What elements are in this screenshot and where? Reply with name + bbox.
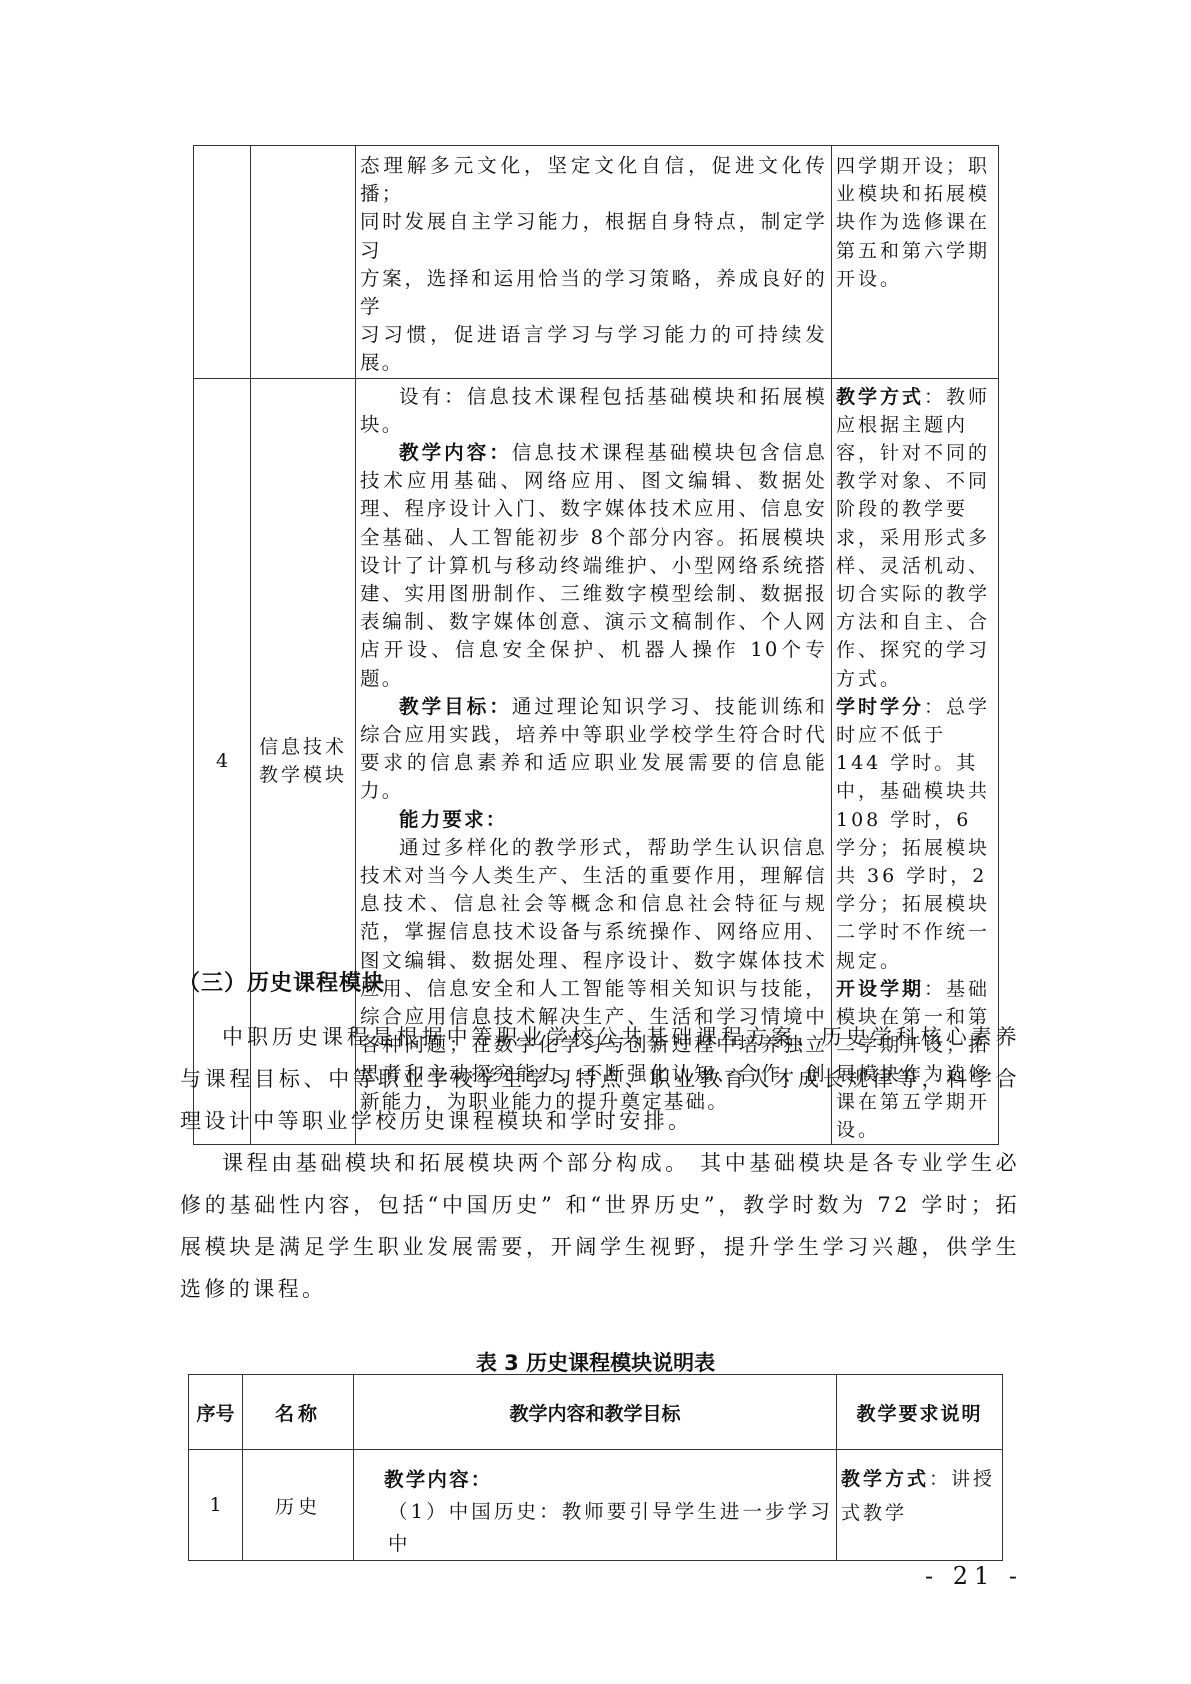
setup-text: 设有：信息技术课程包括基础模块和拓展模块。 <box>360 383 827 439</box>
table-row: 态理解多元文化，坚定文化自信，促进文化传播； 同时发展自主学习能力，根据自身特点… <box>194 146 999 379</box>
paragraph-intro: 中职历史课程是根据中等职业学校公共基础课程方案、历史学科核心素养与课程目标、中等… <box>180 1016 1020 1142</box>
header-index: 序号 <box>189 1375 243 1450</box>
table-caption: 表 3 历史课程模块说明表 <box>0 1347 1191 1377</box>
goal-label: 教学目标： <box>399 695 512 718</box>
content-line: （1）中国历史：教师要引导学生进一步学习中 <box>388 1496 832 1560</box>
ability-label: 能力要求： <box>360 806 827 834</box>
content-line: 习习惯，促进语言学习与学习能力的可持续发展。 <box>360 321 827 377</box>
page-number: - 21 - <box>925 1562 1023 1590</box>
requirements-text: 四学期开设；职业模块和拓展模块作为选修课在第五和第六学期开设。 <box>832 146 998 293</box>
header-requirements: 教学要求说明 <box>837 1375 1003 1450</box>
content-label: 教学内容： <box>384 1464 832 1496</box>
name-cell: 历史 <box>243 1450 354 1561</box>
requirements-cell: 四学期开设；职业模块和拓展模块作为选修课在第五和第六学期开设。 <box>832 146 999 379</box>
content-cell: 教学内容： （1）中国历史：教师要引导学生进一步学习中 <box>354 1450 837 1561</box>
requirements-cell: 教学方式：讲授式教学 <box>837 1450 1003 1561</box>
content-text: 信息技术课程基础模块包含信息技术应用基础、网络应用、图文编辑、数据处理、程序设计… <box>360 441 827 690</box>
header-content: 教学内容和教学目标 <box>354 1375 837 1450</box>
method-label: 教学方式 <box>836 386 924 408</box>
name-cell <box>251 146 356 379</box>
content-label: 教学内容： <box>399 441 512 464</box>
table-header-row: 序号 名称 教学内容和教学目标 教学要求说明 <box>189 1375 1003 1450</box>
index-cell <box>194 146 251 379</box>
content-line: 态理解多元文化，坚定文化自信，促进文化传播； <box>360 152 827 208</box>
table-row: 1 历史 教学内容： （1）中国历史：教师要引导学生进一步学习中 教学方式：讲授… <box>189 1450 1003 1561</box>
content-line: 方案，选择和运用恰当的学习策略，养成良好的学 <box>360 265 827 321</box>
term-label: 开设学期 <box>836 978 924 1000</box>
paragraph-structure: 课程由基础模块和拓展模块两个部分构成。 其中基础模块是各专业学生必修的基础性内容… <box>180 1142 1020 1310</box>
header-name: 名称 <box>243 1375 354 1450</box>
section-heading: （三）历史课程模块 <box>178 966 385 997</box>
index-cell: 1 <box>189 1450 243 1561</box>
history-module-table: 序号 名称 教学内容和教学目标 教学要求说明 1 历史 教学内容： （1）中国历… <box>188 1374 1003 1561</box>
hours-label: 学时学分 <box>836 696 924 718</box>
content-cell: 态理解多元文化，坚定文化自信，促进文化传播； 同时发展自主学习能力，根据自身特点… <box>356 146 832 379</box>
method-label: 教学方式 <box>841 1468 929 1490</box>
content-line: 同时发展自主学习能力，根据自身特点，制定学习 <box>360 208 827 264</box>
